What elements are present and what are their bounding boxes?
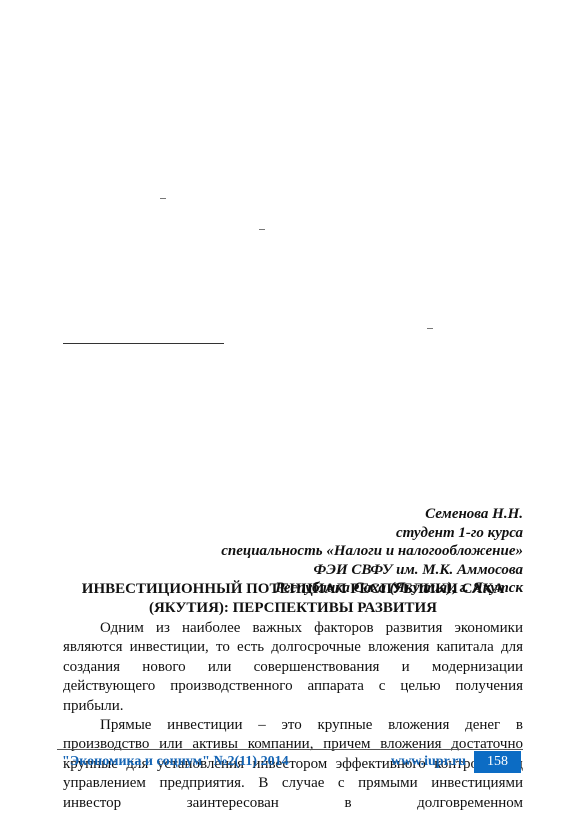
title-line-1: ИНВЕСТИЦИОННЫЙ ПОТЕНЦИАЛ РЕСПУБЛИКИ САХА	[63, 580, 523, 599]
body-paragraph: Одним из наиболее важных факторов развит…	[63, 619, 523, 716]
title-line-2: (ЯКУТИЯ): ПЕРСПЕКТИВЫ РАЗВИТИЯ	[63, 599, 523, 618]
author-specialty: специальность «Налоги и налогообложение»	[221, 542, 523, 561]
footer-website-link[interactable]: www.iupr.ru	[391, 752, 466, 772]
scan-artifact-dash	[259, 229, 265, 230]
scan-artifact-dash	[427, 328, 433, 329]
scan-artifact-underline	[63, 343, 224, 344]
author-position: студент 1-го курса	[221, 524, 523, 543]
page-number-badge: 158	[474, 751, 521, 773]
author-name: Семенова Н.Н.	[221, 505, 523, 524]
article-body: Одним из наиболее важных факторов развит…	[63, 619, 523, 813]
footer-journal-name: "Экономика и социум" №2(11) 2014	[62, 752, 289, 772]
footer-divider	[57, 749, 523, 750]
scan-artifact-dash	[160, 198, 166, 199]
article-title: ИНВЕСТИЦИОННЫЙ ПОТЕНЦИАЛ РЕСПУБЛИКИ САХА…	[63, 580, 523, 618]
author-institution: ФЭИ СВФУ им. М.К. Аммосова	[221, 561, 523, 580]
